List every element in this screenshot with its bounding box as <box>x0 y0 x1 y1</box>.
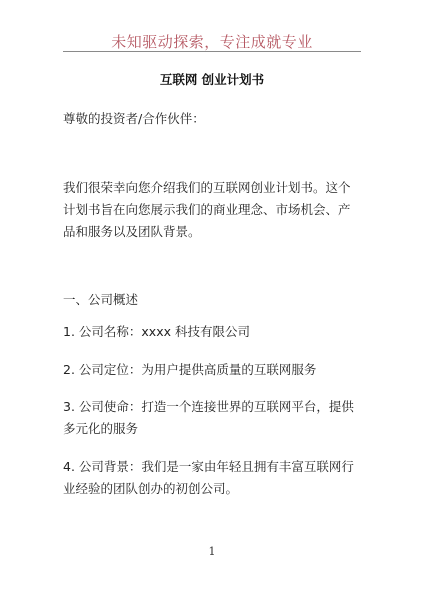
list-item-company-mission: 3. 公司使命：打造一个连接世界的互联网平台，提供多元化的服务 <box>63 396 355 440</box>
list-item-company-background: 4. 公司背景：我们是一家由年轻且拥有丰富互联网行业经验的团队创办的初创公司。 <box>63 456 355 500</box>
document-title: 互联网 创业计划书 <box>0 72 424 88</box>
document-page: 未知驱动探索，专注成就专业 互联网 创业计划书 尊敬的投资者/合作伙伴： 我们很… <box>0 0 424 600</box>
section-heading: 一、公司概述 <box>63 289 355 311</box>
header-slogan: 未知驱动探索，专注成就专业 <box>0 33 424 51</box>
list-item-company-name: 1. 公司名称：xxxx 科技有限公司 <box>63 321 355 343</box>
intro-paragraph: 我们很荣幸向您介绍我们的互联网创业计划书。这个计划书旨在向您展示我们的商业理念、… <box>63 177 355 243</box>
salutation: 尊敬的投资者/合作伙伴： <box>63 108 355 130</box>
list-item-company-positioning: 2. 公司定位：为用户提供高质量的互联网服务 <box>63 359 355 381</box>
header-divider <box>63 51 361 52</box>
page-number: 1 <box>0 545 424 558</box>
